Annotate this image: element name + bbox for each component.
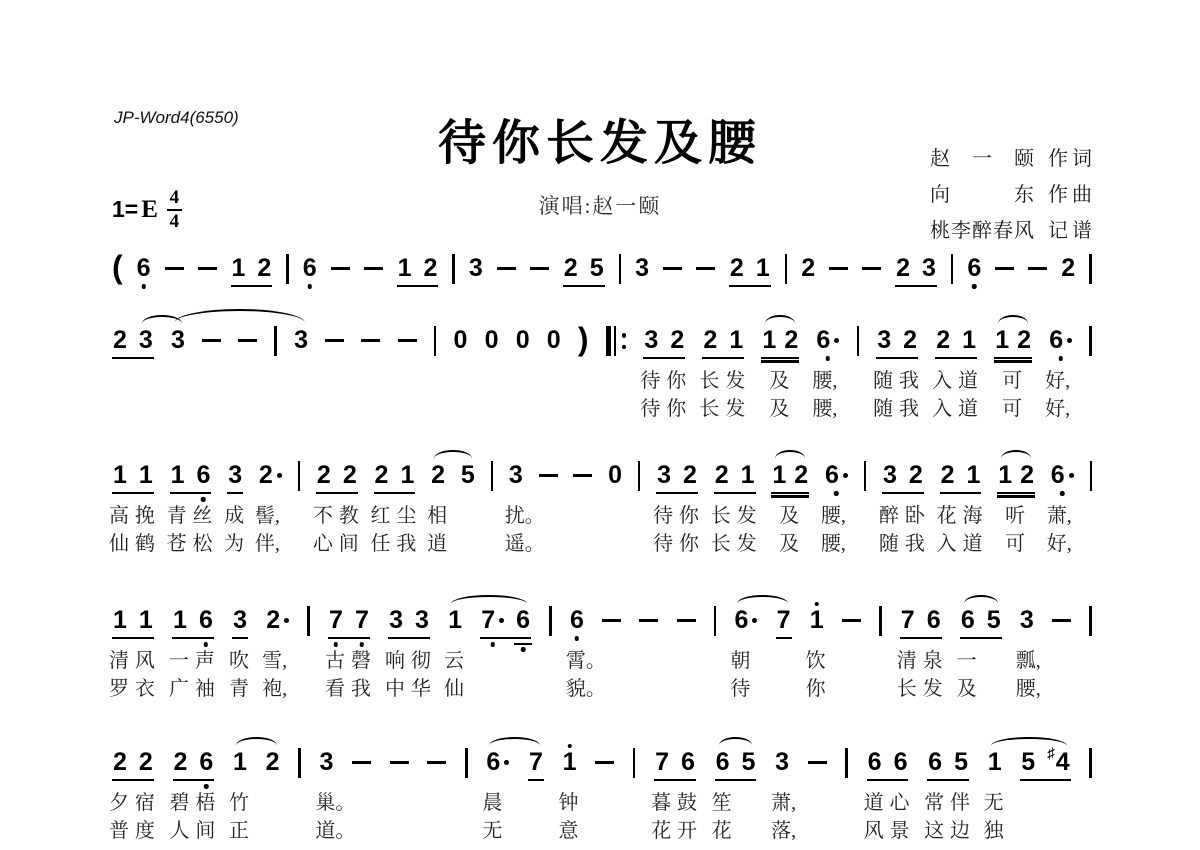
lyric-syllable: 相 (427, 504, 447, 528)
duration-dash (663, 267, 682, 270)
note-glyph: 1 (962, 326, 976, 354)
note-glyph: 3 (139, 326, 153, 354)
lyric-syllable: 挽 (135, 504, 155, 528)
augmentation-dot (499, 618, 504, 623)
note-glyph: 2 (670, 326, 684, 354)
note-number: 2 (670, 326, 684, 354)
lyric-syllable: 吹 (229, 649, 249, 673)
lyric-syllable: 花 (937, 504, 957, 528)
lyric-syllable: 及 (779, 532, 799, 556)
note-number: 2 (375, 461, 389, 489)
note-number: 6 (816, 326, 830, 354)
lyric-syllable: 梧 (195, 791, 215, 815)
lyric-syllable: 声 (195, 649, 215, 673)
note-glyph: 1 (398, 254, 412, 282)
lyric-syllable: 古 (325, 649, 345, 673)
note-number: 3 (319, 748, 333, 776)
note-number: 3 (657, 461, 671, 489)
note-number: 0 (454, 326, 468, 354)
beam-group: 21 (940, 461, 982, 494)
note-glyph: 7 (355, 606, 369, 634)
note-glyph: 1 (772, 461, 786, 489)
lyric-syllable: 长 (699, 397, 719, 421)
note-glyph: 6 (303, 254, 317, 282)
note-glyph: 6 (716, 748, 730, 776)
note-glyph: 2 (936, 326, 950, 354)
barline (1089, 326, 1092, 356)
slur-arc (434, 450, 472, 460)
beam-group: 21 (729, 254, 771, 287)
note-number: 6 (967, 254, 981, 282)
note-glyph: 2 (257, 254, 271, 282)
lyric-syllable: 髻, (255, 504, 280, 528)
note-number: 1 (398, 254, 412, 282)
note-number: 7 (355, 606, 369, 634)
barline (298, 461, 301, 491)
lyric-syllable: 暮 (651, 791, 671, 815)
lyric-syllable: 我 (899, 397, 919, 421)
repeat-part (622, 345, 627, 350)
duration-dash (325, 339, 344, 342)
note-number: 1 (729, 326, 743, 354)
duration-dash (862, 267, 881, 270)
note-glyph: 6 (967, 254, 981, 282)
note-glyph: 6 (1051, 461, 1074, 489)
note-number: 3 (233, 606, 247, 634)
credit-row: 赵一颐作词 (930, 142, 1096, 171)
note-glyph: 1 (966, 461, 980, 489)
note-glyph: 1 (563, 748, 577, 776)
note-glyph: 6 (894, 748, 908, 776)
octave-dot-low (521, 647, 526, 652)
note-number: 5 (461, 461, 475, 489)
beam-group: 32 (882, 461, 924, 494)
note-glyph: 2 (683, 461, 697, 489)
repeat-start-sign (606, 326, 627, 356)
credit-name-char: 一 (972, 142, 992, 171)
lyric-syllable: 待 (640, 369, 660, 393)
note-number: 3 (1020, 606, 1034, 634)
lyric-syllable: 常 (924, 791, 944, 815)
notes-row: (61261232532122362 (112, 234, 1092, 287)
note-number: 1 (998, 461, 1012, 489)
lyric-syllable: 待 (730, 677, 750, 701)
octave-dot-low (575, 636, 580, 641)
note-number: 6 (894, 748, 908, 776)
note-number: 2 (801, 254, 815, 282)
note-number: 1 (966, 461, 980, 489)
barline (1090, 461, 1093, 491)
lyric-syllable: 正 (229, 819, 249, 843)
note-glyph: 3 (389, 606, 403, 634)
sheet-music-page: JP-Word4(6550) 待你长发及腰 演唱:赵一颐 1= E 4 4 赵一… (0, 0, 1200, 850)
note-glyph: 3 (319, 748, 333, 776)
beam-group: 21 (374, 461, 416, 494)
barline (785, 254, 788, 284)
note-glyph: 2 (794, 461, 808, 489)
lyric-syllable: 醉 (879, 504, 899, 528)
lyric-syllable: 腰, (821, 532, 846, 556)
accidental-sharp: ♯ (1047, 746, 1055, 761)
note-glyph: 1 (400, 461, 414, 489)
note-number: 3 (171, 326, 185, 354)
note-number: 6 (137, 254, 151, 282)
note-number: 3 (415, 606, 429, 634)
beam-group: 32 (656, 461, 698, 494)
lyric-syllable: 腰, (1016, 677, 1041, 701)
lyric-syllable: 看 (325, 677, 345, 701)
note-glyph: 2 (431, 461, 445, 489)
lyric-syllable: 及 (957, 677, 977, 701)
octave-dot-low (204, 642, 209, 647)
note-number: 5 (590, 254, 604, 282)
lyric-syllable: 饮 (806, 649, 826, 673)
note-glyph: 5 (954, 748, 968, 776)
beam-group: 21 (714, 461, 756, 494)
note-number: 2 (266, 606, 280, 634)
note-number: 7 (655, 748, 669, 776)
slur-arc (236, 737, 277, 747)
note-number: 6 (197, 461, 211, 489)
note-number: 6 (928, 748, 942, 776)
lyric-syllable: 独 (984, 819, 1004, 843)
note-number: 6 (825, 461, 839, 489)
augmentation-dot (284, 618, 289, 623)
lyric-syllable: 入 (932, 369, 952, 393)
lyric-syllable: 遥。 (505, 532, 545, 556)
note-glyph: 1 (741, 461, 755, 489)
augmentation-dot (1069, 473, 1074, 478)
note-glyph: 7 (481, 606, 504, 634)
time-top: 4 (170, 188, 180, 207)
lyric-syllable: 衣 (135, 677, 155, 701)
beam-group: 11 (112, 461, 154, 494)
key-prefix: 1= (112, 196, 138, 223)
note-glyph: 2 (1017, 326, 1031, 354)
note-number: 2 (343, 461, 357, 489)
note-glyph: 2 (424, 254, 438, 282)
lyric-syllable: 教 (339, 504, 359, 528)
barline (274, 326, 277, 356)
lyric-syllable: 扰。 (505, 504, 545, 528)
duration-dash (530, 267, 549, 270)
note-glyph: 6 (928, 748, 942, 776)
note-number: 2 (259, 461, 273, 489)
barline (619, 254, 622, 284)
note-number: 2 (794, 461, 808, 489)
lyric-syllable: 人 (169, 819, 189, 843)
repeat-part (606, 326, 611, 356)
credit-row: 向东作曲 (930, 178, 1096, 207)
note-glyph: 2 (266, 606, 289, 634)
lyric-syllable: 泉 (923, 649, 943, 673)
lyric-syllable: 仙 (109, 532, 129, 556)
note-glyph: 6 (197, 461, 211, 489)
lyric-syllable: 一 (169, 649, 189, 673)
credit-role: 作词 (1048, 142, 1096, 171)
lyric-syllable: 响 (385, 649, 405, 673)
credit-role: 作曲 (1048, 178, 1096, 207)
lyric-syllable: 听 (1005, 504, 1025, 528)
note-number: 2 (113, 748, 127, 776)
repeat-part (622, 333, 627, 349)
lyric-syllable: 腰, (821, 504, 846, 528)
beam-group: 32 (643, 326, 685, 359)
note-number: 1 (756, 254, 770, 282)
note-number: 6 (927, 606, 941, 634)
note-glyph: 6 (927, 606, 941, 634)
note-glyph: 3 (228, 461, 242, 489)
octave-dot-low (1058, 356, 1063, 361)
lyric-syllable: 瓢, (1016, 649, 1041, 673)
note-glyph: 3 (1020, 606, 1034, 634)
note-glyph: 6 (816, 326, 839, 354)
note-number: 6 (570, 606, 584, 634)
lyric-syllable: 朝 (730, 649, 750, 673)
note-glyph: 2 (343, 461, 357, 489)
barline (845, 748, 848, 778)
note-glyph: 5 (742, 748, 756, 776)
beam-group: 32 (876, 326, 918, 359)
augmentation-dot (504, 760, 509, 765)
note-number: 3 (389, 606, 403, 634)
lyric-syllable: 边 (950, 819, 970, 843)
note-number: 1 (448, 606, 462, 634)
beam-group: 3 (232, 606, 248, 639)
barline (465, 748, 468, 778)
lyric-syllable: 待 (640, 397, 660, 421)
beam-group: 11 (112, 606, 154, 639)
lyric-syllable: 及 (769, 397, 789, 421)
note-glyph: 0 (608, 461, 622, 489)
note-number: 2 (936, 326, 950, 354)
lyric-syllable: 你 (806, 677, 826, 701)
note-number: 2 (703, 326, 717, 354)
lyric-syllable: 成 (224, 504, 244, 528)
beam-group: 77 (328, 606, 370, 639)
music-line: (61261232532122362 (112, 234, 1092, 287)
note-glyph: 5 (590, 254, 604, 282)
augmentation-dot (752, 618, 757, 623)
lyric-syllable: 伴, (255, 532, 280, 556)
lyric-syllable: 道 (864, 791, 884, 815)
barline (1089, 606, 1092, 636)
lyric-syllable: 萧, (1047, 504, 1072, 528)
note-number: 2 (903, 326, 917, 354)
duration-dash (602, 619, 621, 622)
lyric-syllable: 逍 (427, 532, 447, 556)
note-number: 5 (742, 748, 756, 776)
note-glyph: 7 (655, 748, 669, 776)
lyric-syllable: 我 (396, 532, 416, 556)
beam-group: 76 (900, 606, 942, 639)
note-glyph: 1 (995, 326, 1009, 354)
barline (951, 254, 954, 284)
duration-dash (639, 619, 658, 622)
note-number: 3 (922, 254, 936, 282)
beam-group: 12 (231, 254, 273, 287)
repeat-part (614, 326, 616, 356)
music-line: 222612367176653666515♯4夕宿碧梧竹巢。晨钟暮鼓笙萧,道心常… (112, 728, 1092, 781)
note-number: 7 (901, 606, 915, 634)
note-glyph: 3 (635, 254, 649, 282)
lyric-syllable: 发 (737, 504, 757, 528)
duration-dash (198, 267, 217, 270)
lyric-syllable: 发 (737, 532, 757, 556)
beam-group: 65 (715, 748, 757, 781)
lyric-syllable: 云 (444, 649, 464, 673)
lyric-syllable: 广 (169, 677, 189, 701)
lyric-syllable: 海 (962, 504, 982, 528)
lyric-syllable: 间 (195, 819, 215, 843)
note-number: 2 (683, 461, 697, 489)
lyric-syllable: 腰, (812, 369, 837, 393)
octave-dot-low (1060, 491, 1065, 496)
octave-dot-low (201, 497, 206, 502)
lyric-syllable: 鼓 (677, 791, 697, 815)
note-number: 2 (257, 254, 271, 282)
note-number: 3 (644, 326, 658, 354)
beam-group: 65 (927, 748, 969, 781)
duration-dash (829, 267, 848, 270)
time-bottom: 4 (170, 212, 180, 231)
note-number: 6 (734, 606, 748, 634)
barline (714, 606, 717, 636)
note-number: 3 (635, 254, 649, 282)
note-glyph: 1 (232, 254, 246, 282)
lyric-syllable: 袖 (195, 677, 215, 701)
lyric-syllable: 尘 (396, 504, 416, 528)
duration-dash (497, 267, 516, 270)
duration-dash (677, 619, 696, 622)
note-glyph: 2 (259, 461, 282, 489)
note-glyph: 1 (810, 606, 824, 634)
note-glyph: 1 (171, 461, 185, 489)
lyric-syllable: 红 (370, 504, 390, 528)
augmentation-dot (277, 473, 282, 478)
beam-group: 5♯4 (1020, 748, 1070, 781)
note-number: 1 (139, 606, 153, 634)
notes-row: 1116322221253032211263221126 (112, 441, 1092, 494)
lyric-syllable: 中 (385, 677, 405, 701)
note-glyph: 2 (903, 326, 917, 354)
note-glyph: 2 (317, 461, 331, 489)
note-glyph: 1 (139, 606, 153, 634)
lyric-syllable: 磬 (351, 649, 371, 673)
note-glyph: 1 (113, 461, 127, 489)
lyric-syllable: 华 (411, 677, 431, 701)
note-glyph: 6 (868, 748, 882, 776)
lyric-syllable: 苍 (167, 532, 187, 556)
lyric-syllable: 发 (725, 397, 745, 421)
note-glyph: 0 (516, 326, 530, 354)
note-glyph: 2 (113, 326, 127, 354)
lyric-syllable: 随 (873, 397, 893, 421)
beam-group: 26 (173, 748, 215, 781)
note-glyph: 6 (825, 461, 848, 489)
note-number: 7 (777, 606, 791, 634)
note-number: 1 (988, 748, 1002, 776)
note-number: 3 (469, 254, 483, 282)
note-number: 1 (762, 326, 776, 354)
note-glyph: 3 (509, 461, 523, 489)
note-number: 2 (896, 254, 910, 282)
note-glyph: 7 (777, 606, 791, 634)
lyric-syllable: 为 (224, 532, 244, 556)
lyric-syllable: 好, (1045, 397, 1070, 421)
note-glyph: 3 (657, 461, 671, 489)
note-glyph: 2 (801, 254, 815, 282)
lyric-syllable: 霄。 (566, 649, 606, 673)
credit-name-char: 赵 (930, 142, 950, 171)
note-number: 6 (961, 606, 975, 634)
lyric-syllable: 不 (313, 504, 333, 528)
note-number: 2 (784, 326, 798, 354)
duration-dash (842, 619, 861, 622)
time-signature: 4 4 (167, 188, 182, 231)
barline (452, 254, 455, 284)
note-number: 2 (564, 254, 578, 282)
barline (1089, 748, 1092, 778)
duration-dash (539, 474, 558, 477)
music-line: 23330000)32211263221126待你长发及腰,随我入道可好,待你长… (112, 306, 1092, 359)
lyric-syllable: 清 (897, 649, 917, 673)
lyric-syllable: 随 (879, 532, 899, 556)
beam-group: 33 (388, 606, 430, 639)
lyric-syllable: 道 (958, 369, 978, 393)
beam-group: 7 (528, 748, 544, 781)
note-glyph: 3 (883, 461, 897, 489)
lyric-syllable: 长 (711, 504, 731, 528)
octave-dot-low (141, 284, 146, 289)
beam-group: 76 (480, 606, 531, 639)
lyric-syllable: 长 (897, 677, 917, 701)
note-number: 2 (941, 461, 955, 489)
notes-row: 222612367176653666515♯4 (112, 728, 1092, 781)
beam-group: 21 (935, 326, 977, 359)
duration-dash (364, 267, 383, 270)
note-glyph: 6 (570, 606, 584, 634)
barline (286, 254, 289, 284)
note-glyph: 3 (415, 606, 429, 634)
note-number: 6 (1049, 326, 1063, 354)
lyric-syllable: 无 (984, 791, 1004, 815)
lyric-syllable: 雪, (262, 649, 287, 673)
beam-group: 12 (997, 461, 1035, 494)
note-glyph: 3 (294, 326, 308, 354)
barline (298, 748, 301, 778)
note-number: 3 (883, 461, 897, 489)
note-number: 6 (716, 748, 730, 776)
note-number: 2 (424, 254, 438, 282)
duration-dash (331, 267, 350, 270)
note-glyph: 3 (469, 254, 483, 282)
lyric-syllable: 萧, (771, 791, 796, 815)
note-glyph: 2 (139, 748, 153, 776)
note-glyph: 7 (529, 748, 543, 776)
lyric-syllable: 碧 (169, 791, 189, 815)
duration-dash (427, 761, 446, 764)
note-number: 0 (516, 326, 530, 354)
note-glyph: 7 (901, 606, 915, 634)
lyric-syllable: 可 (1002, 397, 1022, 421)
beam-group: 7 (776, 606, 792, 639)
music-line: 1116327733176667176653清风一声吹雪,古磬响彻云霄。朝饮清泉… (112, 586, 1092, 639)
duration-dash (595, 761, 614, 764)
note-number: 3 (294, 326, 308, 354)
note-glyph: 3 (877, 326, 891, 354)
lyric-syllable: 无 (482, 819, 502, 843)
